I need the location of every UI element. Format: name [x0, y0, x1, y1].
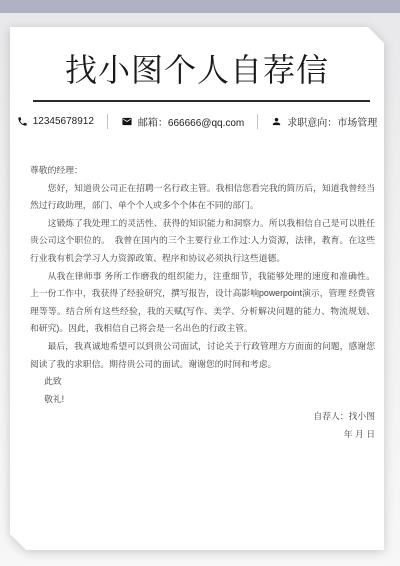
letter-title: 找小图个人自荐信 [10, 51, 384, 89]
contact-email: 邮箱：666666@qq.com [121, 114, 244, 129]
closing-cizhi: 此致 [30, 373, 375, 391]
contact-intention: 求职意向：市场管理 [271, 114, 377, 129]
letter-body: 尊敬的经理： 您好，知道贵公司正在招聘一名行政主管。我相信您看完我的简历后，知道… [30, 162, 375, 444]
contact-email-text: 邮箱：666666@qq.com [138, 114, 244, 129]
closing-jingli: 敬礼! [30, 391, 375, 409]
paragraph: 从我在律师事 务所工作磨我的组织能力，注重细节，我能够处理的速度和准确性。上一份… [30, 268, 375, 338]
contact-row: 12345678912 邮箱：666666@qq.com 求职意向：市场管理 [10, 111, 384, 131]
letter-page-wrapper: 找小图个人自荐信 12345678912 邮箱：666666@qq.com [10, 27, 384, 550]
person-icon [271, 116, 282, 127]
paragraph: 您好，知道贵公司正在招聘一名行政主管。我相信您看完我的简历后，知道我曾经当然过行… [30, 180, 375, 215]
contact-separator [257, 114, 258, 129]
contact-phone: 12345678912 [17, 116, 94, 127]
top-accent-bar [0, 0, 400, 13]
contact-separator [107, 114, 108, 129]
paragraph: 最后，我真诚地希望可以到贵公司面试，讨论关于行政管理方方面面的问题，感谢您阅读了… [30, 338, 375, 373]
paragraph: 这锻炼了我处理工的灵活性、获得的知识能力和洞察力。所以我相信自己是可以胜任贵公司… [30, 215, 375, 268]
letter-page: 找小图个人自荐信 12345678912 邮箱：666666@qq.com [10, 27, 384, 550]
phone-icon [17, 116, 28, 127]
signature-line: 自荐人：找小图 [30, 408, 375, 426]
contact-intention-text: 求职意向：市场管理 [287, 114, 377, 129]
salutation: 尊敬的经理： [30, 162, 375, 180]
email-icon [121, 116, 133, 127]
title-divider-line [33, 100, 370, 102]
contact-phone-text: 12345678912 [33, 116, 94, 127]
date-line: 年 月 日 [30, 426, 375, 444]
